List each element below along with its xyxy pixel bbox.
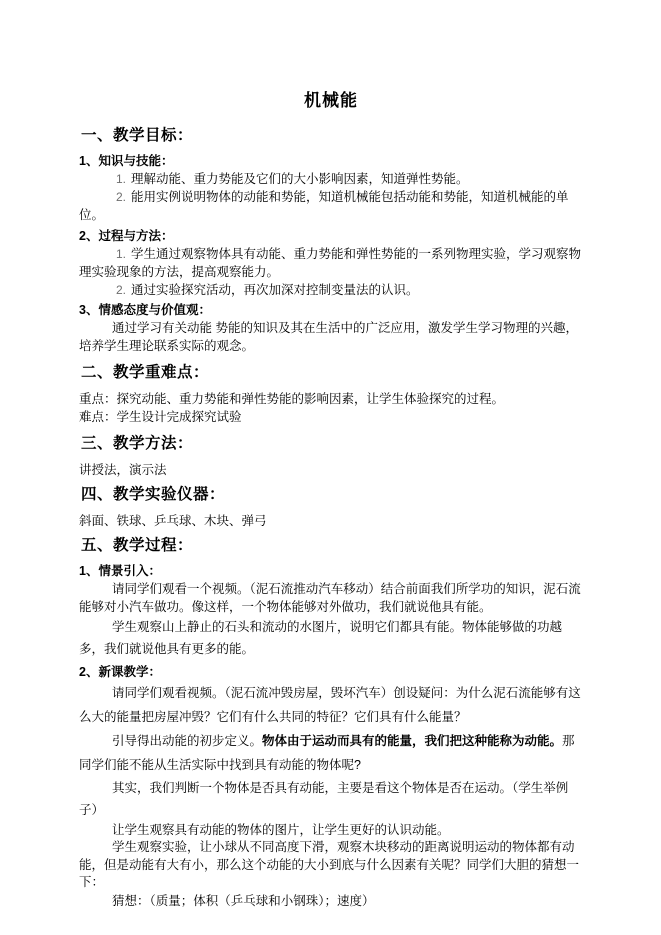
definition-lead-text: 引导得出动能的初步定义。 bbox=[112, 734, 262, 748]
list-item-text: 理解动能、重力势能及它们的大小影响因素，知道弹性势能。 bbox=[131, 172, 469, 186]
paragraph-newlesson-3: 其实，我们判断一个物体是否具有动能，主要是看这个物体是否在运动。（学生举例子） bbox=[79, 777, 583, 821]
list-item: 1.学生通过观察物体具有动能、重力势能和弹性势能的一系列物理实验，学习观察物理实… bbox=[79, 245, 583, 281]
list-item-number: 1. bbox=[116, 172, 126, 186]
document-page: 机械能 一、教学目标： 1、知识与技能： 1.理解动能、重力势能及它们的大小影响… bbox=[0, 0, 661, 935]
paragraph-newlesson-4: 让学生观察具有动能的物体的图片，让学生更好的认识动能。 bbox=[79, 821, 583, 839]
subsection-intro-heading: 1、情景引入： bbox=[79, 563, 583, 579]
list-item-number: 1. bbox=[116, 247, 126, 261]
paragraph-newlesson-5: 学生观察实验，让小球从不同高度下滑，观察木块移动的距离说明运动的物体都有动能，但… bbox=[79, 839, 583, 892]
paragraph-difficulty: 难点：学生设计完成探究试验 bbox=[79, 408, 583, 426]
list-item-number: 2. bbox=[116, 190, 126, 204]
definition-bold-text: 物体由于运动而具有的能量，我们把这种能称为动能。 bbox=[262, 734, 562, 748]
list-item-text: 通过实验探究活动，再次加深对控制变量法的认识。 bbox=[131, 283, 419, 297]
paragraph-focus: 重点：探究动能、重力势能和弹性势能的影响因素，让学生体验探究的过程。 bbox=[79, 390, 583, 408]
list-item-text: 能用实例说明物体的动能和势能，知道机械能包括动能和势能，知道机械能的单位。 bbox=[79, 190, 569, 222]
list-item: 2.通过实验探究活动，再次加深对控制变量法的认识。 bbox=[79, 281, 583, 299]
paragraph-emotion: 通过学习有关动能 势能的知识及其在生活中的广泛应用，激发学生学习物理的兴趣，培养… bbox=[79, 319, 583, 355]
document-content: 机械能 一、教学目标： 1、知识与技能： 1.理解动能、重力势能及它们的大小影响… bbox=[0, 0, 661, 910]
list-item-number: 2. bbox=[116, 283, 126, 297]
list-item-text: 学生通过观察物体具有动能、重力势能和弹性势能的一系列物理实验，学习观察物理实验现… bbox=[79, 247, 581, 279]
subsection-process-heading: 2、过程与方法： bbox=[79, 228, 583, 244]
paragraph-intro-2: 学生观察山上静止的石头和流动的水图片，说明它们都具有能。物体能够做的功越多，我们… bbox=[79, 616, 583, 660]
paragraph-intro-1: 请同学们观看一个视频。（泥石流推动汽车移动）结合前面我们所学功的知识，泥石流能够… bbox=[79, 580, 583, 616]
subsection-newlesson-heading: 2、新课教学： bbox=[79, 664, 583, 680]
section-procedure-heading: 五、教学过程： bbox=[81, 536, 583, 556]
subsection-knowledge-heading: 1、知识与技能： bbox=[79, 153, 583, 169]
paragraph-guess: 猜想：（质量；体积（乒乓球和小钢珠）；速度） bbox=[79, 892, 583, 910]
section-objectives-heading: 一、教学目标： bbox=[81, 126, 583, 146]
paragraph-methods: 讲授法，演示法 bbox=[79, 461, 583, 479]
subsection-emotion-heading: 3、情感态度与价值观： bbox=[79, 302, 583, 318]
list-item: 2.能用实例说明物体的动能和势能，知道机械能包括动能和势能，知道机械能的单位。 bbox=[79, 188, 583, 224]
section-equipment-heading: 四、教学实验仪器： bbox=[81, 485, 583, 505]
paragraph-newlesson-definition: 引导得出动能的初步定义。物体由于运动而具有的能量，我们把这种能称为动能。那同学们… bbox=[79, 729, 583, 777]
section-keypoints-heading: 二、教学重难点： bbox=[81, 363, 583, 383]
paragraph-newlesson-1: 请同学们观看视频。（泥石流冲毁房屋，毁坏汽车）创设疑问：为什么泥石流能够有这么大… bbox=[79, 681, 583, 729]
section-methods-heading: 三、教学方法： bbox=[81, 434, 583, 454]
paragraph-equipment: 斜面、铁球、乒乓球、木块、弹弓 bbox=[79, 512, 583, 530]
document-title: 机械能 bbox=[79, 86, 583, 111]
list-item: 1.理解动能、重力势能及它们的大小影响因素，知道弹性势能。 bbox=[79, 170, 583, 188]
